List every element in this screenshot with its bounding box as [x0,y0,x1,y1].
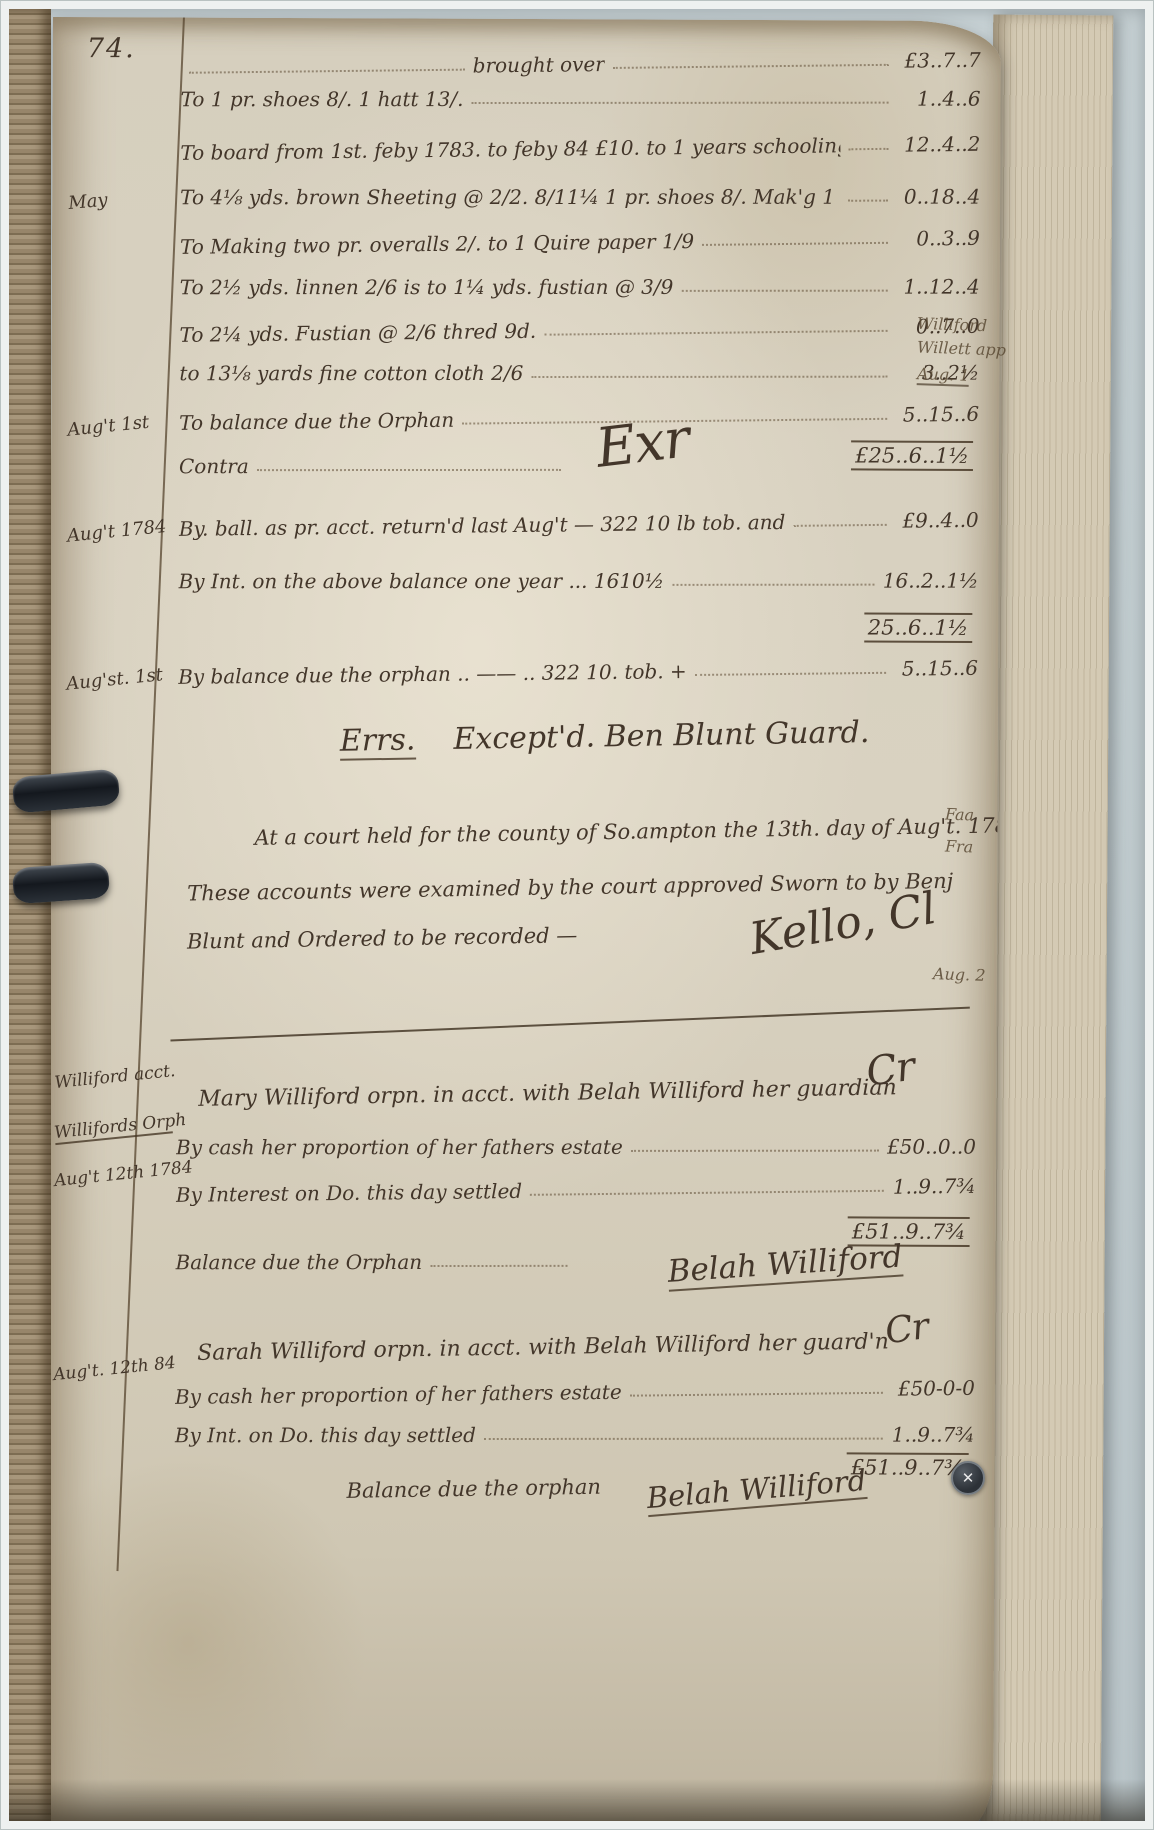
ledger-row: By cash her proportion of her fathers es… [57,1376,975,1410]
close-icon[interactable]: ✕ [951,1461,985,1495]
margin-date: Aug't 1st [60,409,179,442]
guardian-signature: Belah Williford [645,1463,867,1517]
ledger-row: Aug't 1st To balance due the Orphan 5..1… [61,402,979,436]
sarah-balance-label: Balance due the orphan [346,1475,601,1503]
errors-excepted-line: Errs. Except'd. Ben Blunt Guard. [340,715,870,759]
errs-word: Errs. [340,722,416,760]
book-spine [9,9,51,1821]
photo-background: 74. brought over £3..7..7 To 1 pr. shoes… [9,9,1145,1821]
contra-label: Contra [179,454,249,478]
guardian-signature: Belah Williford [667,1238,904,1291]
ledger-row: To 2½ yds. linnen 2/6 is to 1¼ yds. fust… [62,275,980,300]
court-record-line1: At a court held for the county of So.amp… [254,813,1001,850]
brought-over-label: brought over [473,52,605,77]
brought-over-amount: £3..7..7 [897,48,981,73]
ledger-page: 74. brought over £3..7..7 To 1 pr. shoes… [45,17,1001,1821]
contra-row: Contra [61,454,569,478]
credit-flourish: Cr [883,1306,931,1352]
ledger-row: brought over £3..7..7 [63,48,981,82]
executor-flourish: Exr [593,406,692,479]
ledger-row: By Interest on Do. this day settled 1..9… [58,1174,976,1208]
page-edge-stack [981,15,1114,1821]
ledger-row: To Making two pr. overalls 2/. to 1 Quir… [62,226,980,260]
credit-total: 25..6..1½ [864,612,973,642]
edge-fragment: Aug. 1 [917,364,970,387]
margin-date: Aug'st. 1st [59,663,178,696]
balance-row: Balance due the Orphan [58,1250,576,1274]
ledger-row: Aug't 1784 By. ball. as pr. acct. return… [61,508,979,542]
section-divider [170,1007,969,1042]
ledger-row: May To 4⅛ yds. brown Sheeting @ 2/2. 8/1… [62,185,980,210]
ledger-row: To 2¼ yds. Fustian @ 2/6 thred 9d. 0..7.… [61,314,979,348]
court-record-line3: Blunt and Ordered to be recorded — [187,923,578,953]
ledger-row: By Int. on the above balance one year ..… [60,569,978,594]
margin-date: May [61,183,180,214]
ledger-row: By cash her proportion of her fathers es… [58,1135,976,1160]
ledger-row: to 13⅛ yards fine cotton cloth 2/6 3..2½ [61,361,979,386]
mary-account-heading: Mary Williford orpn. in acct. with Belah… [198,1075,897,1112]
book-bottom-shadow [9,1779,1145,1821]
debit-total: £25..6..1½ [851,440,973,471]
edge-fragment: Fra [945,837,974,857]
edge-fragment: Williford [917,314,988,335]
sarah-account-heading: Sarah Williford orpn. in acct. with Bela… [197,1329,889,1365]
edge-fragment: Willett app [917,337,1007,359]
ledger-row: By Int. on Do. this day settled 1..9..7¾ [57,1423,975,1448]
margin-note: Williford acct. [54,1061,173,1093]
ledger-row: To board from 1st. feby 1783. to feby 84… [62,132,980,166]
excepted-text: Except'd. Ben Blunt Guard. [453,715,869,757]
edge-fragment: Faa [945,804,975,824]
edge-fragment: Aug. 2 [933,964,986,985]
ledger-row: To 1 pr. shoes 8/. 1 hatt 13/. 1..4..6 [63,87,981,112]
ledger-row: Aug'st. 1st By balance due the orphan ..… [60,656,978,690]
framed-photo: 74. brought over £3..7..7 To 1 pr. shoes… [0,0,1154,1830]
margin-note: Aug't. 12th 84 [52,1353,171,1385]
binder-prong [12,862,110,905]
